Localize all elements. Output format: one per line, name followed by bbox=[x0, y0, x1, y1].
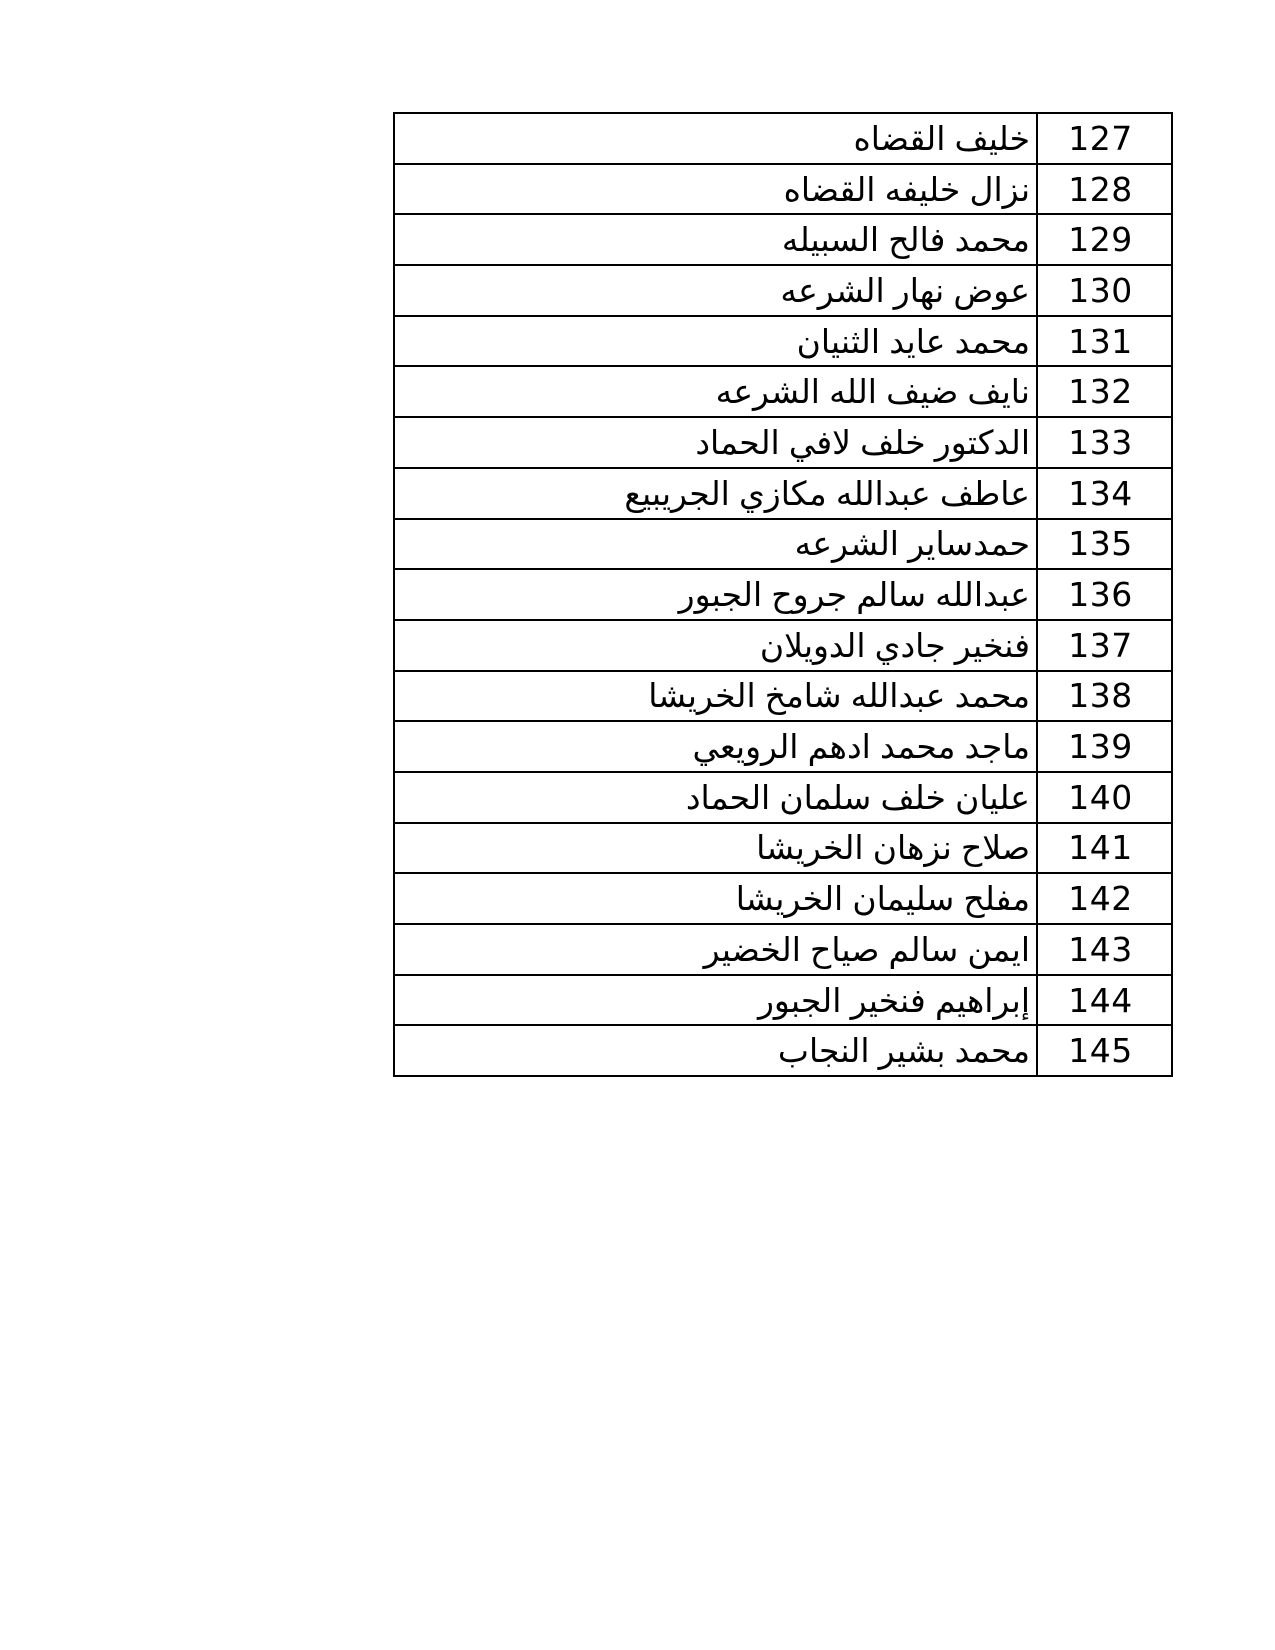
name-cell: محمد بشير النجاب bbox=[394, 1025, 1037, 1076]
name-cell: فنخير جادي الدويلان bbox=[394, 620, 1037, 671]
table-row: محمد فالح السبيله 129 bbox=[394, 214, 1172, 265]
table-row: محمد عايد الثنيان 131 bbox=[394, 316, 1172, 367]
name-cell: الدكتور خلف لافي الحماد bbox=[394, 417, 1037, 468]
name-cell: ايمن سالم صياح الخضير bbox=[394, 924, 1037, 975]
name-cell: محمد فالح السبيله bbox=[394, 214, 1037, 265]
table-row: صلاح نزهان الخريشا 141 bbox=[394, 823, 1172, 874]
table-row: فنخير جادي الدويلان 137 bbox=[394, 620, 1172, 671]
number-cell: 132 bbox=[1037, 366, 1172, 417]
number-cell: 134 bbox=[1037, 468, 1172, 519]
table-row: محمد بشير النجاب 145 bbox=[394, 1025, 1172, 1076]
table-row: نايف ضيف الله الشرعه 132 bbox=[394, 366, 1172, 417]
table-row: نزال خليفه القضاه 128 bbox=[394, 164, 1172, 215]
number-cell: 135 bbox=[1037, 519, 1172, 570]
number-cell: 131 bbox=[1037, 316, 1172, 367]
table-row: مفلح سليمان الخريشا 142 bbox=[394, 873, 1172, 924]
table-row: عاطف عبدالله مكازي الجريبيع 134 bbox=[394, 468, 1172, 519]
name-cell: حمدساير الشرعه bbox=[394, 519, 1037, 570]
document-page: خليف القضاه 127 نزال خليفه القضاه 128 مح… bbox=[0, 0, 1275, 1650]
name-cell: صلاح نزهان الخريشا bbox=[394, 823, 1037, 874]
name-cell: عليان خلف سلمان الحماد bbox=[394, 772, 1037, 823]
table-row: عبدالله سالم جروح الجبور 136 bbox=[394, 569, 1172, 620]
number-cell: 140 bbox=[1037, 772, 1172, 823]
table-row: حمدساير الشرعه 135 bbox=[394, 519, 1172, 570]
name-cell: مفلح سليمان الخريشا bbox=[394, 873, 1037, 924]
number-cell: 145 bbox=[1037, 1025, 1172, 1076]
table-row: عوض نهار الشرعه 130 bbox=[394, 265, 1172, 316]
table-row: خليف القضاه 127 bbox=[394, 113, 1172, 164]
number-cell: 142 bbox=[1037, 873, 1172, 924]
name-cell: نزال خليفه القضاه bbox=[394, 164, 1037, 215]
number-cell: 129 bbox=[1037, 214, 1172, 265]
table-row: الدكتور خلف لافي الحماد 133 bbox=[394, 417, 1172, 468]
number-cell: 141 bbox=[1037, 823, 1172, 874]
name-cell: عوض نهار الشرعه bbox=[394, 265, 1037, 316]
number-cell: 137 bbox=[1037, 620, 1172, 671]
table-row: ايمن سالم صياح الخضير 143 bbox=[394, 924, 1172, 975]
name-cell: خليف القضاه bbox=[394, 113, 1037, 164]
number-cell: 130 bbox=[1037, 265, 1172, 316]
number-cell: 127 bbox=[1037, 113, 1172, 164]
name-cell: إبراهيم فنخير الجبور bbox=[394, 975, 1037, 1026]
name-cell: محمد عبدالله شامخ الخريشا bbox=[394, 671, 1037, 722]
number-cell: 138 bbox=[1037, 671, 1172, 722]
number-cell: 143 bbox=[1037, 924, 1172, 975]
name-cell: عبدالله سالم جروح الجبور bbox=[394, 569, 1037, 620]
number-cell: 133 bbox=[1037, 417, 1172, 468]
name-cell: عاطف عبدالله مكازي الجريبيع bbox=[394, 468, 1037, 519]
table-row: محمد عبدالله شامخ الخريشا 138 bbox=[394, 671, 1172, 722]
table-row: ماجد محمد ادهم الرويعي 139 bbox=[394, 721, 1172, 772]
names-table: خليف القضاه 127 نزال خليفه القضاه 128 مح… bbox=[393, 112, 1173, 1077]
table-row: عليان خلف سلمان الحماد 140 bbox=[394, 772, 1172, 823]
name-cell: نايف ضيف الله الشرعه bbox=[394, 366, 1037, 417]
number-cell: 139 bbox=[1037, 721, 1172, 772]
number-cell: 128 bbox=[1037, 164, 1172, 215]
number-cell: 136 bbox=[1037, 569, 1172, 620]
name-cell: ماجد محمد ادهم الرويعي bbox=[394, 721, 1037, 772]
number-cell: 144 bbox=[1037, 975, 1172, 1026]
table-row: إبراهيم فنخير الجبور 144 bbox=[394, 975, 1172, 1026]
name-cell: محمد عايد الثنيان bbox=[394, 316, 1037, 367]
